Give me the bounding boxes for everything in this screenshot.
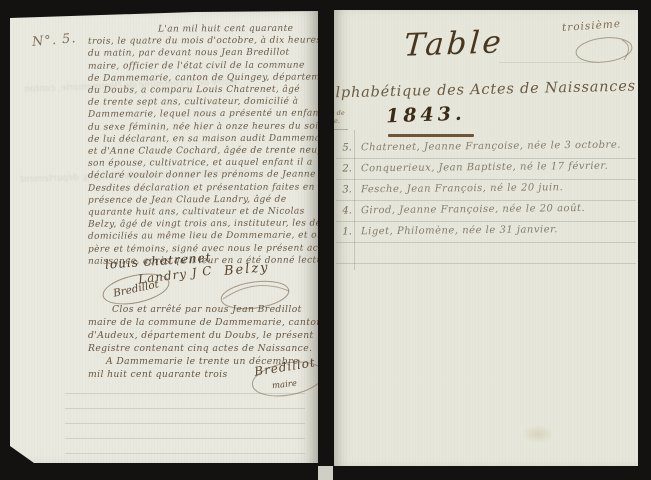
closing-signature-title: maire <box>272 379 298 392</box>
title-flourish-line <box>499 62 594 63</box>
page-subtitle: alphabétique des Actes de Naissances <box>334 78 636 101</box>
ruled-line <box>336 179 636 180</box>
ruled-line <box>65 438 305 439</box>
page-corner-note: troisième <box>562 18 622 34</box>
ruled-line <box>336 158 636 159</box>
entry-text: Girod, Jeanne Françoise, née le 20 août. <box>361 203 585 216</box>
column-header-rule <box>334 129 348 130</box>
ruled-line <box>336 200 636 201</box>
signature-witness-belzy: Belzy <box>223 260 270 279</box>
binding-bottom-tab <box>318 466 333 480</box>
closing-line: Registre contenant cinq actes de Naissan… <box>88 342 323 355</box>
year-heading: 1843. <box>386 103 466 128</box>
act-number: 4. <box>338 205 352 216</box>
entry-text: Chatrenet, Jeanne Françoise, née le 3 oc… <box>361 140 621 154</box>
ruled-line <box>336 242 636 243</box>
paper-stain <box>522 425 554 443</box>
entry-text: Fesche, Jean François, né le 20 juin. <box>361 182 563 195</box>
act-number: 5. <box>338 142 352 153</box>
page-title: Table <box>403 24 505 64</box>
ruled-line <box>65 423 305 424</box>
table-row: 1. Liget, Philomène, née le 31 janvier. <box>334 223 638 247</box>
act-number: 3. <box>338 184 352 195</box>
closing-line: maire de la commune de Dammemarie, canto… <box>88 316 323 329</box>
closing-line: Clos et arrêté par nous Jean Bredillot <box>112 303 323 316</box>
ruled-line <box>65 408 305 409</box>
ruled-line <box>65 393 305 394</box>
ruled-line <box>65 453 305 454</box>
act-number: 1. <box>338 226 352 237</box>
register-scan: maire de la commune de Dammemarie, canto… <box>0 0 651 480</box>
margin-act-number: N°. 5. <box>31 31 77 50</box>
ruled-line <box>336 221 636 222</box>
closing-line: d'Audeux, département du Doubs, le prése… <box>88 329 323 342</box>
binding-gutter <box>314 8 336 472</box>
entry-text: Liget, Philomène, née le 31 janvier. <box>361 224 558 237</box>
right-page: troisième Table alphabétique des Actes d… <box>334 10 638 466</box>
year-underline <box>388 134 474 137</box>
left-page: maire de la commune de Dammemarie, canto… <box>10 11 318 463</box>
ruled-line <box>336 263 636 264</box>
act-number: 2. <box>338 163 352 174</box>
entry-text: Conquerieux, Jean Baptiste, né le 17 fév… <box>361 161 608 175</box>
